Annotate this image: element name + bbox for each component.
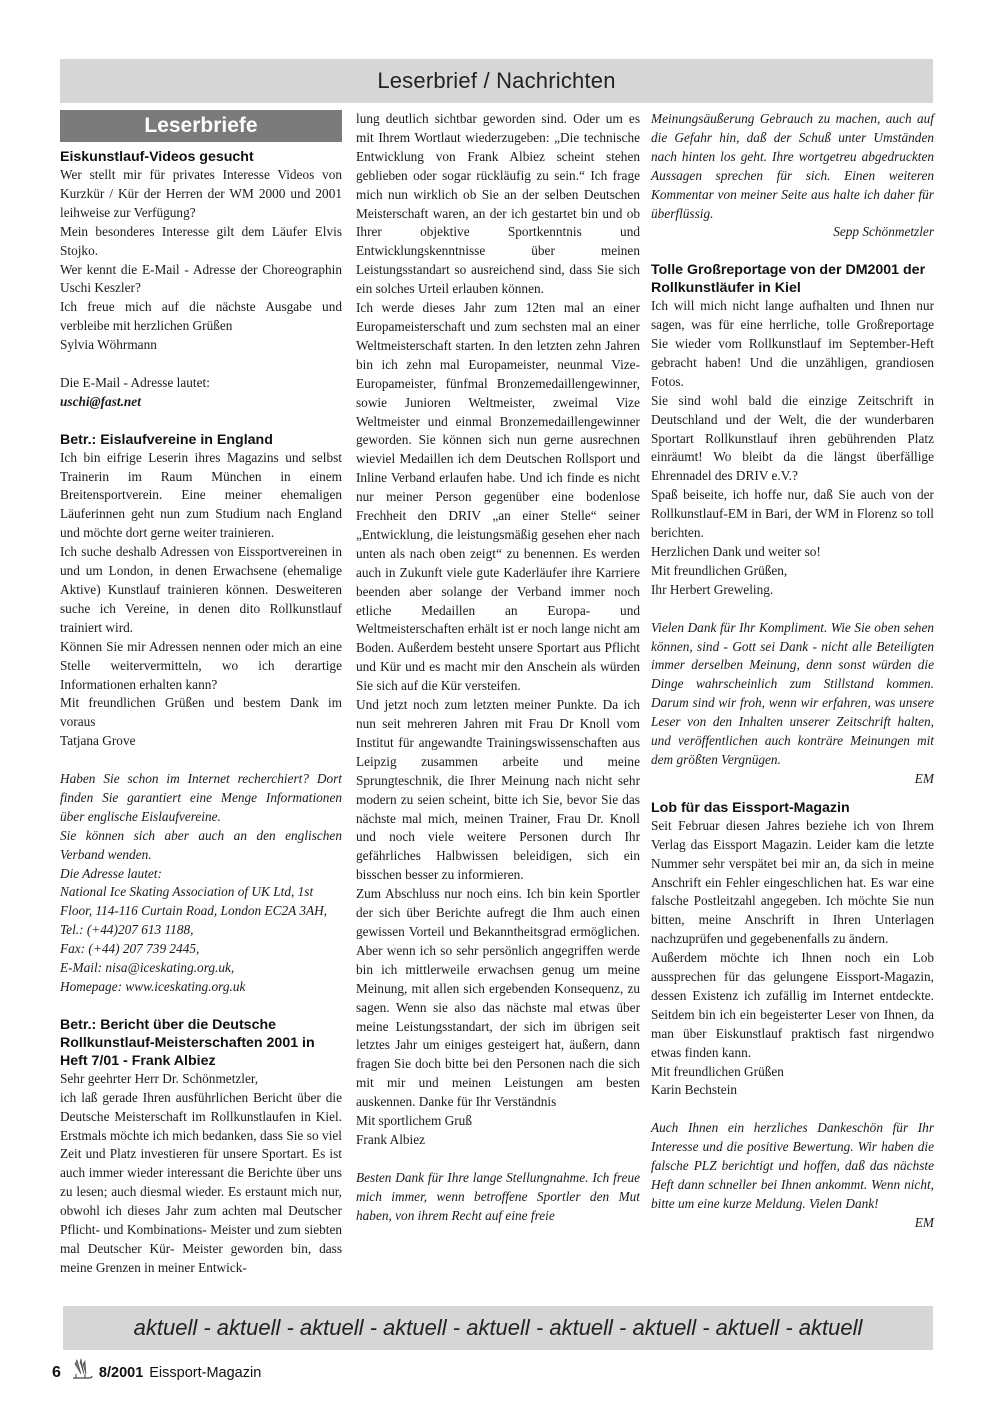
letter-paragraph: Wer stellt mir für privates Interesse Vi…	[60, 166, 342, 223]
letter-closing: Mit freundlichen Grüßen	[651, 1063, 934, 1082]
letter-paragraph: Außerdem möchte ich Ihnen noch ein Lob a…	[651, 949, 934, 1062]
reply-paragraph: Sie können sich aber auch an den englisc…	[60, 827, 342, 865]
reply-paragraph: Die Adresse lautet:	[60, 865, 342, 884]
column-1: Leserbriefe Eiskunstlauf-Videos gesucht …	[60, 110, 342, 1278]
letter-paragraph: Ich freue mich auf die nächste Ausgabe u…	[60, 298, 342, 336]
reply-signature: EM	[651, 770, 934, 789]
letter-paragraph: Spaß beiseite, ich hoffe nur, daß Sie au…	[651, 486, 934, 543]
letter-paragraph: Ich suche deshalb Adressen von Eissportv…	[60, 543, 342, 638]
skate-logo-icon	[71, 1358, 93, 1388]
letter-closing: Mit freundlichen Grüßen,	[651, 562, 934, 581]
homepage-link[interactable]: Homepage: www.iceskating.org.uk	[60, 978, 342, 997]
letter-paragraph: Sie sind wohl bald die einzige Zeitschri…	[651, 392, 934, 487]
banner-text: aktuell - aktuell - aktuell - aktuell - …	[134, 1315, 863, 1340]
editor-reply: Auch Ihnen ein herzliches Dankeschön für…	[651, 1119, 934, 1214]
letter-salutation: Sehr geehrter Herr Dr. Schönmetzler,	[60, 1070, 342, 1089]
letter-england: Betr.: Eislaufvereine in England Ich bin…	[60, 431, 342, 997]
letter-paragraph: Seit Februar diesen Jahres beziehe ich v…	[651, 817, 934, 949]
letter-grossreportage: Tolle Großreportage von der DM2001 der R…	[651, 261, 934, 789]
editor-reply: Meinungsäußerung Gebrauch zu machen, auc…	[651, 110, 934, 223]
letter-signature: Ihr Herbert Greweling.	[651, 581, 934, 600]
page-folio: 6 8/2001 Eissport-Magazin	[52, 1358, 261, 1388]
letter-title: Tolle Großreportage von der DM2001 der R…	[651, 261, 934, 297]
editor-reply: Haben Sie schon im Internet recherchiert…	[60, 770, 342, 997]
letter-albiez: Betr.: Bericht über die Deutsche Rollkun…	[60, 1016, 342, 1278]
page-header: Leserbrief / Nachrichten	[60, 59, 933, 103]
letter-title: Betr.: Bericht über die Deutsche Rollkun…	[60, 1016, 342, 1070]
letter-paragraph: Können Sie mir Adressen nennen oder mich…	[60, 638, 342, 695]
letter-paragraph: Herzlichen Dank und weiter so!	[651, 543, 934, 562]
letter-signature: Frank Albiez	[356, 1131, 640, 1150]
letter-signature: Tatjana Grove	[60, 732, 342, 751]
magazine-name: Eissport-Magazin	[149, 1365, 261, 1381]
letter-paragraph: lung deutlich sichtbar geworden sind. Od…	[356, 110, 640, 299]
letter-title: Eiskunstlauf-Videos gesucht	[60, 148, 342, 166]
letter-signature: Sylvia Wöhrmann	[60, 336, 342, 355]
phone: Tel.: (+44)207 613 1188,	[60, 921, 342, 940]
letter-paragraph: Ich werde dieses Jahr zum 12ten mal an e…	[356, 299, 640, 696]
letter-videos: Eiskunstlauf-Videos gesucht Wer stellt m…	[60, 148, 342, 412]
reply-signature: EM	[651, 1214, 934, 1233]
letter-paragraph: Wer kennt die E-Mail - Adresse der Chore…	[60, 261, 342, 299]
letter-signature: Karin Bechstein	[651, 1081, 934, 1100]
aktuell-banner: aktuell - aktuell - aktuell - aktuell - …	[63, 1306, 933, 1350]
letter-title: Lob für das Eissport-Magazin	[651, 799, 934, 817]
issue-number: 8/2001	[99, 1365, 143, 1381]
fax: Fax: (+44) 207 739 2445,	[60, 940, 342, 959]
column-3: Meinungsäußerung Gebrauch zu machen, auc…	[651, 110, 934, 1233]
letter-paragraph: Mein besonderes Interesse gilt dem Läufe…	[60, 223, 342, 261]
editor-reply: Vielen Dank für Ihr Kompliment. Wie Sie …	[651, 619, 934, 770]
letter-paragraph: ich laß gerade Ihren ausführlichen Beric…	[60, 1089, 342, 1278]
editor-reply: Besten Dank für Ihre lange Stellungnahme…	[356, 1169, 640, 1226]
reply-signature: Sepp Schönmetzler	[651, 223, 934, 242]
letter-paragraph: Mit freundlichen Grüßen und bestem Dank …	[60, 694, 342, 732]
letter-closing: Mit sportlichem Gruß	[356, 1112, 640, 1131]
section-label: Leserbriefe	[60, 110, 342, 142]
letter-paragraph: Ich bin eifrige Leserin ihres Magazins u…	[60, 449, 342, 544]
page-number: 6	[52, 1364, 61, 1382]
address: National Ice Skating Association of UK L…	[60, 883, 342, 921]
column-2: lung deutlich sichtbar geworden sind. Od…	[356, 110, 640, 1225]
letter-lob: Lob für das Eissport-Magazin Seit Februa…	[651, 799, 934, 1233]
letter-paragraph: Ich will mich nicht lange aufhalten und …	[651, 297, 934, 392]
email-note: Die E-Mail - Adresse lautet:	[60, 374, 342, 393]
letter-paragraph: Zum Abschluss nur noch eins. Ich bin kei…	[356, 885, 640, 1112]
letter-paragraph: Und jetzt noch zum letzten meiner Punkte…	[356, 696, 640, 885]
email-link[interactable]: E-Mail: nisa@iceskating.org.uk,	[60, 959, 342, 978]
header-title: Leserbrief / Nachrichten	[377, 68, 615, 93]
email-link[interactable]: uschi@fast.net	[60, 393, 342, 412]
letter-title: Betr.: Eislaufvereine in England	[60, 431, 342, 449]
reply-paragraph: Haben Sie schon im Internet recherchiert…	[60, 770, 342, 827]
